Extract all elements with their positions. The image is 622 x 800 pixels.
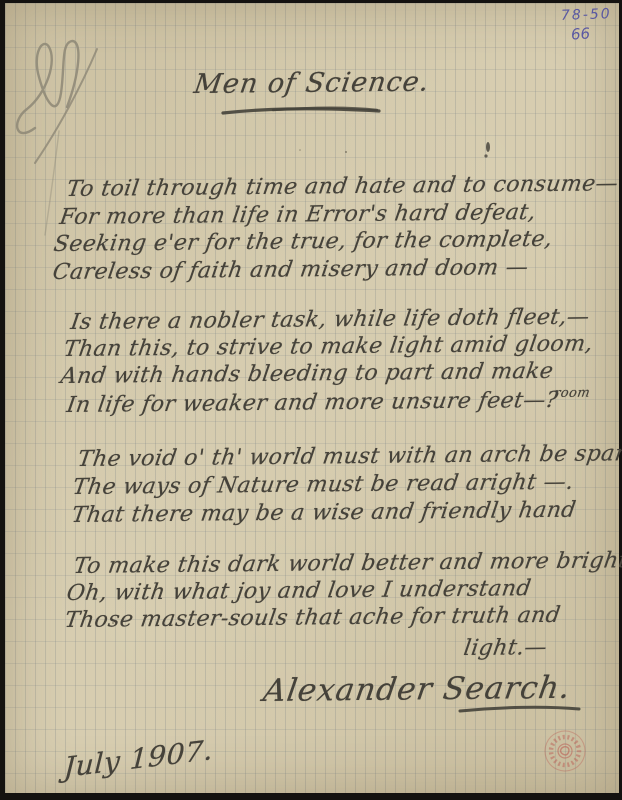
- poem-line: Is there a nobler task, while life doth …: [69, 305, 591, 335]
- poem-line: The void o' th' world must with an arch …: [76, 441, 622, 472]
- poem-line: Those master-souls that ache for truth a…: [63, 603, 562, 633]
- poem-line: Seeking e'er for the true, for the compl…: [52, 227, 554, 257]
- archival-catalog-number: 78-50: [561, 6, 612, 24]
- poem-title: Men of Science.: [192, 67, 432, 100]
- quadrille-paper: 78-50 66 Men of Science. To toil through…: [5, 3, 619, 793]
- poem-line: Careless of faith and misery and doom —: [51, 255, 530, 285]
- poem-line: Oh, with what joy and love I understand: [65, 576, 533, 606]
- poem-line: Than this, to strive to make light amid …: [62, 331, 595, 362]
- poem-line: For more than life in Error's hard defea…: [58, 200, 538, 230]
- poem-line: In life for weaker and more unsure feet—…: [65, 388, 560, 418]
- poem-line: And with hands bleeding to part and make: [59, 359, 555, 389]
- poem-line: To toil through time and hate and to con…: [65, 171, 620, 202]
- poem-line: The ways of Nature must be read aright —…: [71, 470, 575, 500]
- manuscript-photo: 78-50 66 Men of Science. To toil through…: [0, 0, 622, 800]
- title-underline: [223, 108, 379, 113]
- archival-page-number: 66: [570, 24, 590, 43]
- poem-line: light.—: [462, 635, 549, 661]
- library-stamp-icon: [539, 725, 591, 777]
- ink-blot-icon: [484, 142, 490, 158]
- signature-underline: [460, 707, 579, 711]
- poem-line: To make this dark world better and more …: [72, 548, 622, 579]
- poem-line: That there may be a wise and friendly ha…: [70, 498, 578, 528]
- date-written: July 1907.: [63, 733, 214, 784]
- author-signature: Alexander Search.: [261, 670, 573, 709]
